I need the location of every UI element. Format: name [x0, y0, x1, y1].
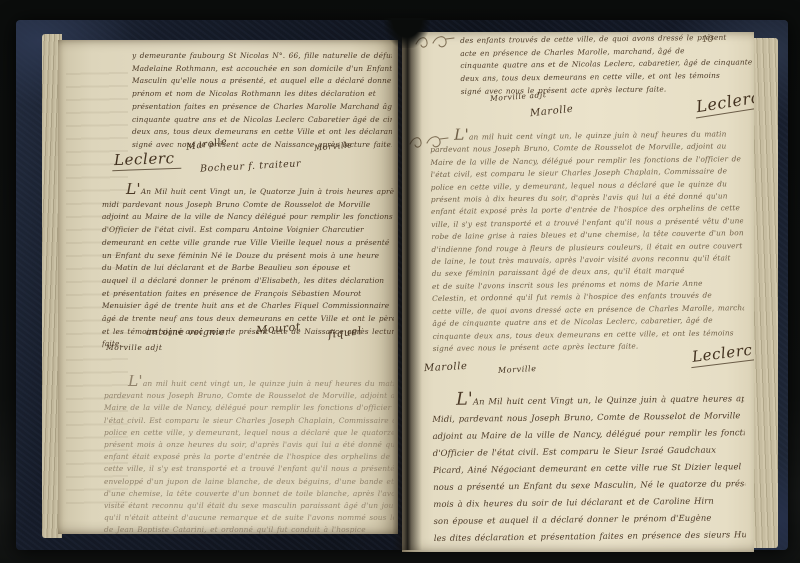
- signature: Morville adjt: [106, 343, 162, 352]
- manuscript-line: L'An Mil huit cent Vingt un, le Quatorze…: [102, 183, 394, 199]
- manuscript-line: prénom et nom de Nicolas Rothmann les di…: [132, 88, 392, 101]
- signature: Morville: [498, 364, 537, 375]
- manuscript-line: visité étant reconnu qu'il était du sexe…: [104, 500, 394, 512]
- manuscript-line: qu'il n'était atteint d'aucune remarque …: [104, 512, 394, 524]
- manuscript-line: cette ville, il s'y est transporté et a …: [104, 463, 394, 475]
- manuscript-line: y demeurante faubourg St Nicolas N°. 66,…: [132, 50, 392, 63]
- signature: antoine voignier: [146, 328, 230, 338]
- manuscript-line: L'an mil huit cent vingt un, le quinze j…: [104, 375, 394, 390]
- manuscript-line: midi pardevant nous Joseph Bruno Comte d…: [102, 199, 394, 212]
- manuscript-line: l'état civil. Est comparu le sieur Charl…: [104, 415, 394, 427]
- manuscript-line: Maire de la ville de Nancy, délégué pour…: [104, 402, 394, 414]
- manuscript-line: auquel il a déclaré donner le prénom d'E…: [102, 275, 394, 288]
- signature: Marolle: [424, 361, 468, 374]
- birth-act-picard: L'An Mil huit cent Vingt un, le Quinze j…: [432, 388, 746, 547]
- manuscript-line: enveloppé d'un jupon de laine blanche, d…: [104, 476, 394, 488]
- manuscript-line: Masculin qu'elle nous a présenté, et auq…: [132, 75, 392, 88]
- foundling-act-end: des enfants trouvés de cette ville, de q…: [460, 32, 754, 99]
- manuscript-line: les dites déclaration et présentation fa…: [434, 526, 746, 547]
- signature: Bocheur f. traiteur: [200, 158, 302, 174]
- manuscript-line: du Matin de lui déclarant et de Barbe Be…: [102, 262, 394, 275]
- left-page: y demeurante faubourg St Nicolas N°. 66,…: [58, 40, 398, 534]
- desk-background: y demeurante faubourg St Nicolas N°. 66,…: [0, 0, 800, 563]
- manuscript-line: deux ans, tous deux demeurans en cette V…: [132, 126, 392, 139]
- signature: Marolle: [530, 104, 574, 119]
- manuscript-line: et présentation faites en présence de Fr…: [102, 288, 394, 301]
- manuscript-line: demeurant en cette ville grande rue Vill…: [102, 237, 394, 250]
- margin-paraph-icon: [414, 34, 456, 56]
- foundling-act-catarini: L'an mil huit cent vingt un, le quinze j…: [104, 375, 394, 534]
- manuscript-line: de Jean Baptiste Catarini, et ordonné qu…: [104, 524, 394, 534]
- manuscript-line: d'Officier de l'état civil. Est comparu …: [102, 224, 394, 237]
- manuscript-line: Menuisier âgé de trente huit ans et de C…: [102, 300, 394, 313]
- manuscript-line: présentation faites en présence de Charl…: [132, 101, 392, 114]
- manuscript-line: pardevant nous Joseph Bruno, Comte de Ro…: [104, 390, 394, 402]
- manuscript-line: cinquante quatre ans et de Nicolas Lecle…: [132, 114, 392, 127]
- manuscript-line: âgé de trente neuf ans tous deux demeura…: [102, 313, 394, 326]
- right-page: 10 des enfants trouvés de cette ville, d…: [402, 32, 754, 552]
- page-edges-right: [754, 38, 778, 548]
- manuscript-line: présent mois à onze heures du soir, d'ap…: [104, 439, 394, 451]
- manuscript-line: Madelaine Rothmann, est accouchée en son…: [132, 63, 392, 76]
- manuscript-line: d'une chemise, la tête couverte d'un bon…: [104, 488, 394, 500]
- birth-act-rothmann: y demeurante faubourg St Nicolas N°. 66,…: [132, 50, 392, 152]
- signature: Leclerc: [112, 149, 181, 171]
- manuscript-line: un Enfant du sexe féminin Né le Douze du…: [102, 250, 394, 263]
- manuscript-line: enfant était exposé près la porte d'entr…: [104, 451, 394, 463]
- manuscript-line: police en cette ville, y demeurant, lequ…: [104, 427, 394, 439]
- foundling-act-celestin: L'an mil huit cent vingt un, le quinze j…: [430, 125, 745, 355]
- manuscript-line: adjoint au Maire de la ville de Nancy dé…: [102, 211, 394, 224]
